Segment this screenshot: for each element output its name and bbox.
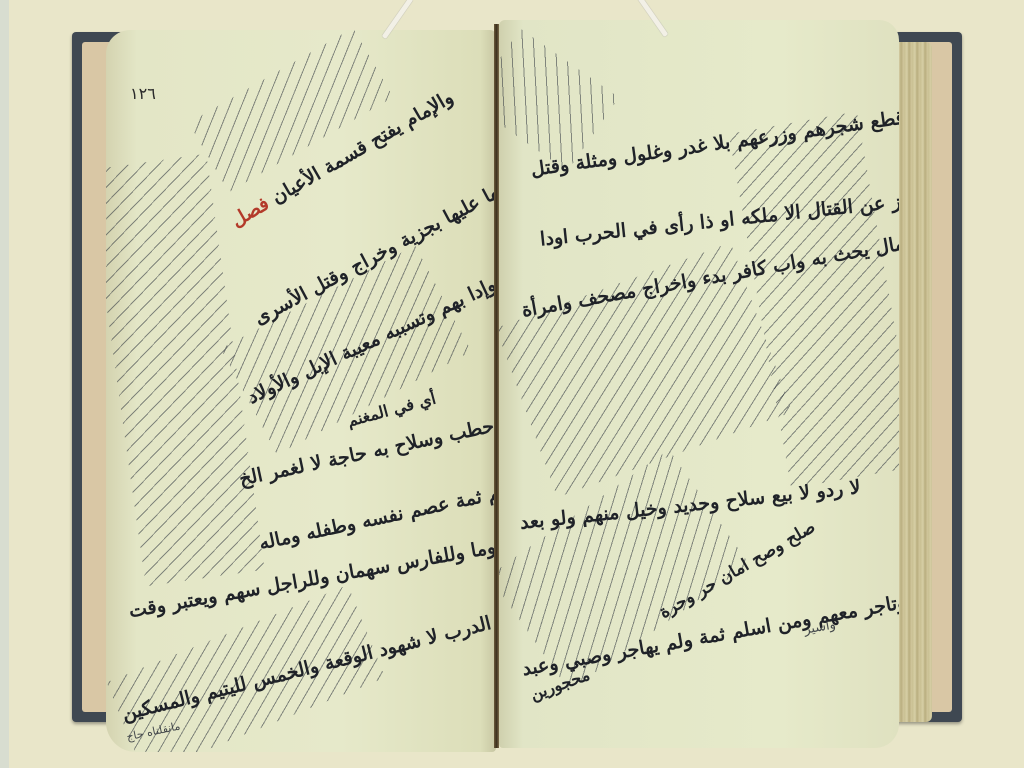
page-number: ١٢٦ bbox=[130, 84, 156, 103]
margin-gloss-right bbox=[729, 111, 899, 488]
background-edge bbox=[0, 0, 9, 768]
left-page: ١٢٦ والإمام يفتح قسمة الأعيان فصل اواقرأ… bbox=[106, 30, 496, 752]
margin-gloss-top bbox=[189, 30, 394, 192]
right-page: وقطع شجرهم وزرعهم بلا غدر وغلول ومثلة وق… bbox=[499, 20, 899, 748]
rubric-fasl: فصل bbox=[227, 193, 273, 232]
